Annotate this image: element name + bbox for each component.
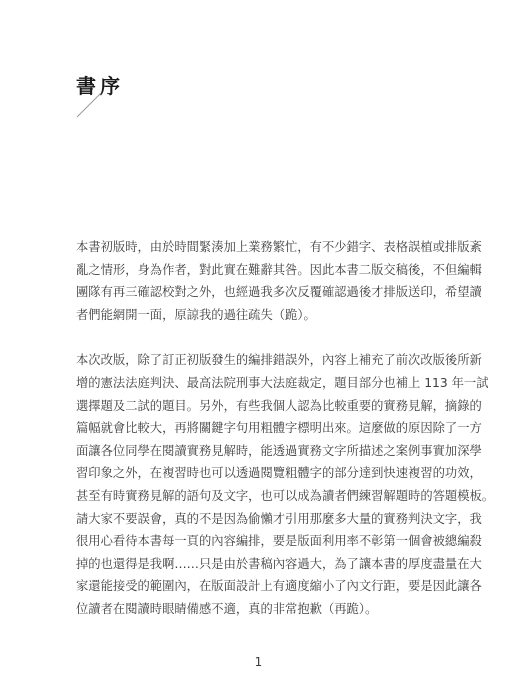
slash-divider-icon [76, 92, 102, 118]
preface-body: 本書初版時，由於時間緊湊加上業務繁忙，有不少錯字、表格誤植或排版紊 亂之情形，身… [76, 236, 456, 644]
text-line: 家還能接受的範圍內，在版面設計上有適度縮小了內文行距，要是因此讓各 [76, 575, 456, 598]
text-line: 篇幅就會比較大，再將關鍵字句用粗體字標明出來。這麼做的原因除了一方 [76, 417, 456, 440]
text-line: 增的憲法法庭判決、最高法院刑事大法庭裁定，題目部分也補上 113 年一試 [76, 372, 456, 395]
text-line: 掉的也還得是我啊……只是由於書稿內容過大，為了讓本書的厚度盡量在大 [76, 553, 456, 576]
text-line: 亂之情形，身為作者，對此實在難辭其咎。因此本書二版交稿後，不但編輯 [76, 259, 456, 282]
text-line: 面讓各位同學在閱讀實務見解時，能透過實務文字所描述之案例事實加深學 [76, 440, 456, 463]
paragraph-2: 本次改版，除了訂正初版發生的編排錯誤外，內容上補充了前次改版後所新 增的憲法法庭… [76, 349, 456, 620]
text-line: 團隊有再三確認校對之外，也經過我多次反覆確認過後才排版送印，希望讀 [76, 281, 456, 304]
page-number: 1 [0, 655, 517, 669]
text-line: 本書初版時，由於時間緊湊加上業務繁忙，有不少錯字、表格誤植或排版紊 [76, 236, 456, 259]
text-line: 本次改版，除了訂正初版發生的編排錯誤外，內容上補充了前次改版後所新 [76, 349, 456, 372]
text-line: 選擇題及二試的題目。另外，有些我個人認為比較重要的實務見解，摘錄的 [76, 395, 456, 418]
text-line: 甚至有時實務見解的語句及文字，也可以成為讀者們練習解題時的答題模板。 [76, 485, 456, 508]
paragraph-1: 本書初版時，由於時間緊湊加上業務繁忙，有不少錯字、表格誤植或排版紊 亂之情形，身… [76, 236, 456, 326]
text-line: 位讀者在閱讀時眼睛備感不適，真的非常抱歉（再跪）。 [76, 598, 456, 621]
text-line: 者們能網開一面，原諒我的過往疏失（跪）。 [76, 304, 456, 327]
text-line: 習印象之外，在複習時也可以透過閱覽粗體字的部分達到快速複習的功效， [76, 462, 456, 485]
text-line: 請大家不要誤會，真的不是因為偷懶才引用那麼多大量的實務判決文字，我 [76, 508, 456, 531]
text-line: 很用心看待本書每一頁的內容編排，要是版面利用率不彰第一個會被總編殺 [76, 530, 456, 553]
